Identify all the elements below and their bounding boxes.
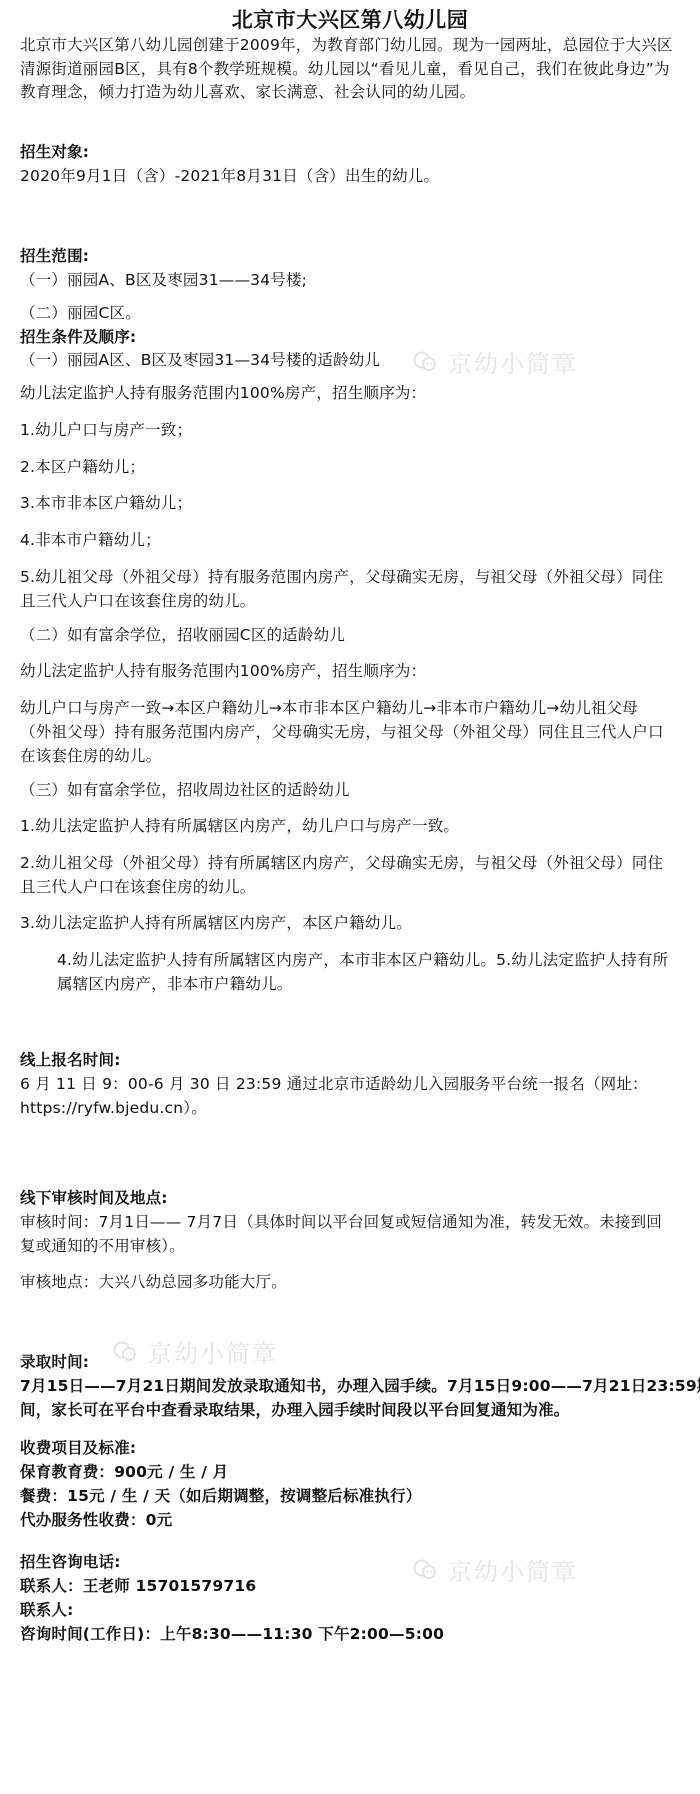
group2-line: （外祖父母）持有服务范围内房产，父母确实无房，与祖父母（外祖父母）同住且三代人户…	[20, 720, 682, 744]
group3-item-cont: 属辖区内房产，非本市户籍幼儿。	[57, 972, 682, 996]
watermark-text: 京幼小简章	[448, 344, 578, 379]
group3-title: （三）如有富余学位，招收周边社区的适龄幼儿	[20, 778, 682, 802]
watermark: 京幼小简章	[112, 1334, 278, 1369]
scope-item: （二）丽园C区。	[20, 301, 682, 325]
review-time-line: 复或通知的不用审核）。	[20, 1234, 682, 1258]
fee-item: 保育教育费：900元 / 生 / 月	[20, 1460, 682, 1484]
intro-line: 清源街道丽园B区，具有8个教学班规模。幼儿园以“看见儿童，看见自己，我们在彼此身…	[20, 57, 682, 81]
group3-item-cont: 且三代人户口在该套住房的幼儿。	[20, 875, 682, 899]
contact-line: 联系人：王老师 15701579716	[20, 1574, 682, 1598]
contact-line: 联系人:	[20, 1598, 682, 1622]
group1-item-cont: 且三代人户口在该套住房的幼儿。	[20, 589, 682, 613]
group2-line: 在该套住房的幼儿。	[20, 744, 682, 768]
group3-item: 4.幼儿法定监护人持有所属辖区内房产，本市非本区户籍幼儿。5.幼儿法定监护人持有…	[57, 948, 682, 972]
watermark-text: 京幼小简章	[148, 1334, 278, 1369]
group3-item: 2.幼儿祖父母（外祖父母）持有所属辖区内房产，父母确实无房，与祖父母（外祖父母）…	[20, 851, 682, 875]
group1-item: 1.幼儿户口与房产一致；	[20, 418, 682, 442]
group1-item: 5.幼儿祖父母（外祖父母）持有服务范围内房产，父母确实无房，与祖父母（外祖父母）…	[20, 565, 682, 589]
section-heading-contact: 招生咨询电话:	[20, 1550, 682, 1574]
page-title: 北京市大兴区第八幼儿园	[0, 4, 700, 34]
consult-hours: 咨询时间(工作日)：上午8:30——11:30 下午2:00—5:00	[20, 1622, 682, 1646]
section-heading-conditions: 招生条件及顺序:	[20, 325, 682, 349]
fee-item: 餐费：15元 / 生 / 天（如后期调整，按调整后标准执行）	[20, 1484, 682, 1508]
watermark-text: 京幼小简章	[448, 1552, 578, 1587]
wechat-icon	[412, 351, 438, 373]
group1-item: 4.非本市户籍幼儿；	[20, 528, 682, 552]
wechat-icon	[112, 1341, 138, 1363]
group2-line: 幼儿户口与房产一致→本区户籍幼儿→本市非本区户籍幼儿→非本市户籍幼儿→幼儿祖父母	[20, 696, 682, 720]
group2-title: （二）如有富余学位，招收丽园C区的适龄幼儿	[20, 623, 682, 647]
group3-item: 3.幼儿法定监护人持有所属辖区内房产，本区户籍幼儿。	[20, 911, 682, 935]
section-heading-scope: 招生范围:	[20, 244, 682, 268]
admission-line: 7月15日——7月21日期间发放录取通知书，办理入园手续。7月15日9:00——…	[20, 1374, 682, 1398]
group1-item: 2.本区户籍幼儿；	[20, 455, 682, 479]
group1-intro: 幼儿法定监护人持有服务范围内100%房产，招生顺序为：	[20, 381, 682, 405]
intro-line: 北京市大兴区第八幼儿园创建于2009年，为教育部门幼儿园。现为一园两址，总园位于…	[20, 33, 682, 57]
online-line: 6 月 11 日 9：00-6 月 30 日 23:59 通过北京市适龄幼儿入园…	[20, 1072, 682, 1096]
group3-item: 1.幼儿法定监护人持有所属辖区内房产，幼儿户口与房产一致。	[20, 814, 682, 838]
fee-item: 代办服务性收费：0元	[20, 1508, 682, 1532]
section-heading-offline: 线下审核时间及地点:	[20, 1186, 682, 1210]
intro-line: 教育理念，倾力打造为幼儿喜欢、家长满意、社会认同的幼儿园。	[20, 80, 682, 104]
review-location: 审核地点：大兴八幼总园多功能大厅。	[20, 1270, 682, 1294]
target-text: 2020年9月1日（含）-2021年8月31日（含）出生的幼儿。	[20, 164, 682, 188]
section-heading-online: 线上报名时间:	[20, 1048, 682, 1072]
group1-item: 3.本市非本区户籍幼儿；	[20, 491, 682, 515]
online-url-line: https://ryfw.bjedu.cn）。	[20, 1096, 682, 1120]
admission-line: 间，家长可在平台中查看录取结果，办理入园手续时间段以平台回复通知为准。	[20, 1398, 682, 1422]
review-time-line: 审核时间：7月1日—— 7月7日（具体时间以平台回复或短信通知为准，转发无效。未…	[20, 1210, 682, 1234]
watermark: 京幼小简章	[412, 344, 578, 379]
scope-item: （一）丽园A、B区及枣园31——34号楼;	[20, 268, 682, 292]
group2-intro: 幼儿法定监护人持有服务范围内100%房产，招生顺序为：	[20, 659, 682, 683]
group1-title: （一）丽园A区、B区及枣园31—34号楼的适龄幼儿	[20, 348, 682, 372]
section-heading-target: 招生对象:	[20, 140, 682, 164]
section-heading-fees: 收费项目及标准:	[20, 1436, 682, 1460]
watermark: 京幼小简章	[412, 1552, 578, 1587]
wechat-icon	[412, 1559, 438, 1581]
